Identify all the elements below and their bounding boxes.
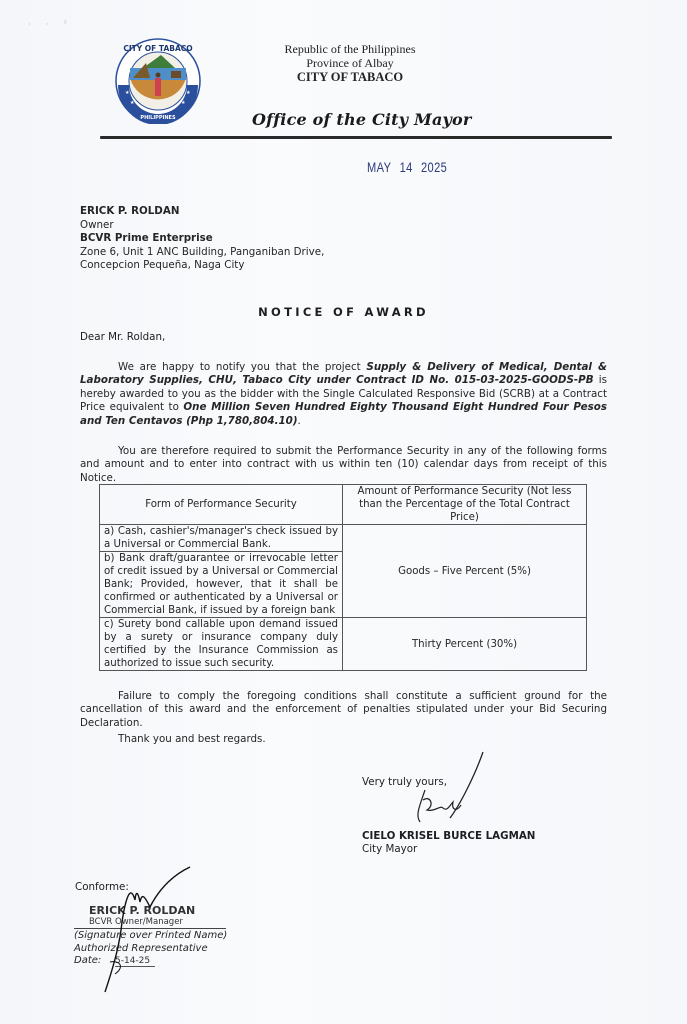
date-day: 14 <box>400 160 413 175</box>
mayor-name: CIELO KRISEL BURCE LAGMAN <box>362 830 535 842</box>
addressee-address-2: Concepcion Pequeña, Naga City <box>80 259 324 273</box>
mayor-title: City Mayor <box>362 843 417 855</box>
conforme-signature <box>90 862 200 1002</box>
table-header-row: Form of Performance Security Amount of P… <box>100 485 587 525</box>
svg-text:★: ★ <box>181 100 186 106</box>
form-surety-bond: c) Surety bond callable upon demand issu… <box>100 618 343 671</box>
thanks-paragraph: Thank you and best regards. <box>80 733 607 746</box>
form-cash: a) Cash, cashier's/manager's check issue… <box>100 525 343 552</box>
thanks-text: Thank you and best regards. <box>118 733 266 745</box>
failure-paragraph: Failure to comply the foregoing conditio… <box>80 690 607 730</box>
date-stamp: MAY142025 <box>367 160 455 175</box>
addressee-block: ERICK P. ROLDAN Owner BCVR Prime Enterpr… <box>80 205 324 273</box>
addressee-address-1: Zone 6, Unit 1 ANC Building, Panganiban … <box>80 246 324 260</box>
svg-text:PHILIPPINES: PHILIPPINES <box>140 115 176 121</box>
addressee-name: ERICK P. ROLDAN <box>80 205 324 219</box>
performance-security-table: Form of Performance Security Amount of P… <box>99 484 587 671</box>
date-month: MAY <box>367 160 391 175</box>
document-title: NOTICE OF AWARD <box>0 305 687 319</box>
letterhead: Republic of the Philippines Province of … <box>250 42 450 84</box>
amount-goods: Goods – Five Percent (5%) <box>343 525 587 618</box>
header-amount: Amount of Performance Security (Not less… <box>343 485 587 525</box>
office-title: Office of the City Mayor <box>252 110 472 129</box>
svg-text:★: ★ <box>130 100 135 106</box>
svg-text:CITY OF TABACO: CITY OF TABACO <box>123 44 192 53</box>
table-row: a) Cash, cashier's/manager's check issue… <box>100 525 587 552</box>
requirement-paragraph: You are therefore required to submit the… <box>80 445 607 485</box>
table-row: c) Surety bond callable upon demand issu… <box>100 618 587 671</box>
document-page: · · ˀ CITY OF TABACO PHILIPPINES ★ ★ ★ ★… <box>0 0 687 1024</box>
addressee-position: Owner <box>80 219 324 233</box>
date-year: 2025 <box>421 160 447 175</box>
requirement-text: You are therefore required to submit the… <box>80 445 607 484</box>
award-pre: We are happy to notify you that the proj… <box>118 361 366 373</box>
city-seal-logo: CITY OF TABACO PHILIPPINES ★ ★ ★ ★ <box>113 38 203 124</box>
form-bank-draft: b) Bank draft/guarantee or irrevocable l… <box>100 552 343 618</box>
province-line: Province of Albay <box>250 56 450 70</box>
amount-surety: Thirty Percent (30%) <box>343 618 587 671</box>
failure-text: Failure to comply the foregoing conditio… <box>80 690 607 729</box>
salutation: Dear Mr. Roldan, <box>80 331 165 343</box>
republic-line: Republic of the Philippines <box>250 42 450 56</box>
award-post: . <box>298 415 301 427</box>
svg-text:★: ★ <box>125 90 130 96</box>
header-form: Form of Performance Security <box>100 485 343 525</box>
scan-marks: · · ˀ <box>28 20 73 30</box>
header-divider <box>100 136 612 139</box>
svg-text:★: ★ <box>186 90 191 96</box>
city-line: CITY OF TABACO <box>250 70 450 84</box>
addressee-company: BCVR Prime Enterprise <box>80 232 324 246</box>
mayor-signature <box>395 750 495 830</box>
award-paragraph: We are happy to notify you that the proj… <box>80 361 607 428</box>
